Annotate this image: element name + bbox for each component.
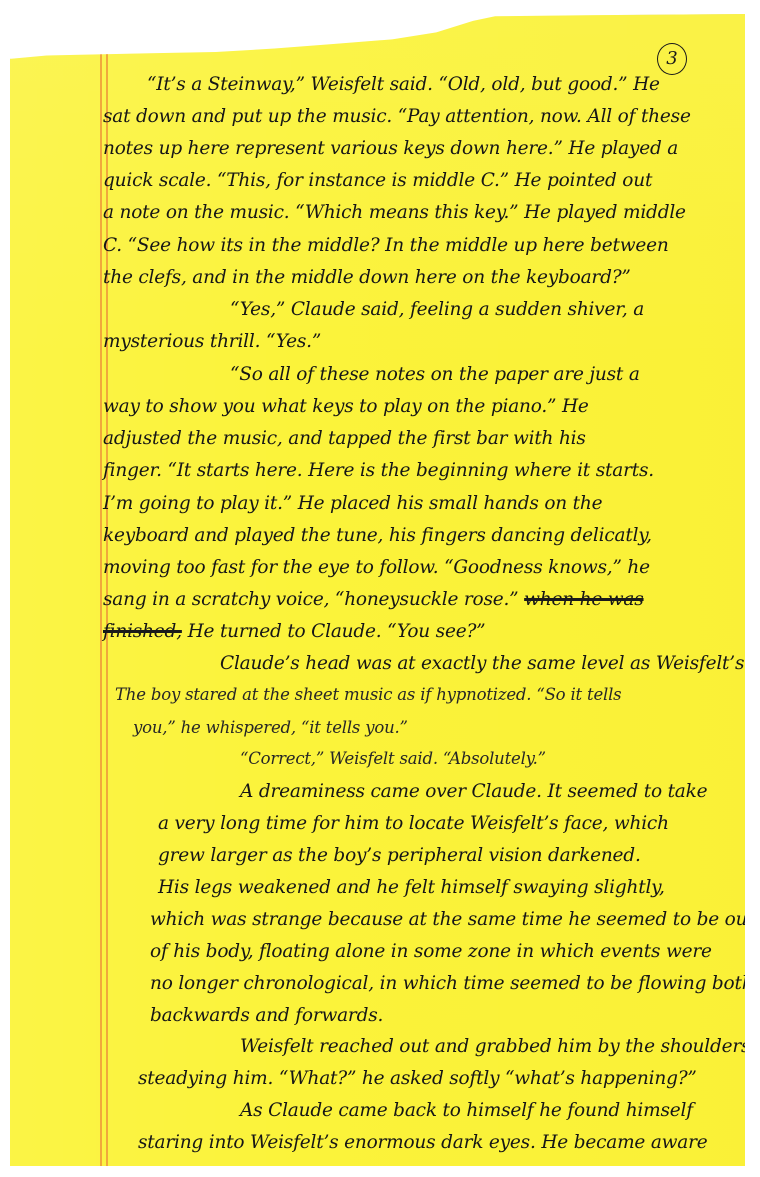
manuscript-line: C. “See how its in the middle? In the mi… <box>103 235 669 256</box>
line-text: “Yes,” Claude said, feeling a sudden shi… <box>230 299 644 320</box>
line-text: finger. “It starts here. Here is the beg… <box>103 460 654 481</box>
line-text: As Claude came back to himself he found … <box>240 1100 693 1121</box>
manuscript-line: “Yes,” Claude said, feeling a sudden shi… <box>230 299 644 320</box>
manuscript-line: staring into Weisfelt’s enormous dark ey… <box>138 1132 708 1153</box>
manuscript-line: mysterious thrill. “Yes.” <box>103 331 321 352</box>
line-text: of the expression of concern on the man’… <box>138 1164 567 1177</box>
line-text: staring into Weisfelt’s enormous dark ey… <box>138 1132 708 1153</box>
manuscript-line: quick scale. “This, for instance is midd… <box>103 170 652 191</box>
manuscript-line: His legs weakened and he felt himself sw… <box>158 877 665 898</box>
line-text: Claude’s head was at exactly the same le… <box>220 653 750 674</box>
manuscript-line: finger. “It starts here. Here is the beg… <box>103 460 654 481</box>
manuscript-line: Claude’s head was at exactly the same le… <box>220 653 750 674</box>
manuscript-line: moving too fast for the eye to follow. “… <box>103 557 650 578</box>
line-text: notes up here represent various keys dow… <box>103 138 678 159</box>
manuscript-line: you,” he whispered, “it tells you.” <box>133 718 408 737</box>
manuscript-line: of the expression of concern on the man’… <box>138 1164 567 1177</box>
struck-out-text: finished, <box>103 621 182 642</box>
line-text: “Correct,” Weisfelt said. “Absolutely.” <box>240 749 546 768</box>
manuscript-line: way to show you what keys to play on the… <box>103 396 589 417</box>
line-text: which was strange because at the same ti… <box>150 909 755 930</box>
manuscript-line: finished, He turned to Claude. “You see?… <box>103 621 485 642</box>
manuscript-line: adjusted the music, and tapped the first… <box>103 428 586 449</box>
manuscript-line: of his body, floating alone in some zone… <box>150 941 712 962</box>
line-text: “It’s a Steinway,” Weisfelt said. “Old, … <box>147 74 660 95</box>
line-text: the clefs, and in the middle down here o… <box>103 267 631 288</box>
line-text: sat down and put up the music. “Pay atte… <box>103 106 691 127</box>
manuscript-line: “Correct,” Weisfelt said. “Absolutely.” <box>240 749 546 768</box>
line-text: A dreaminess came over Claude. It seemed… <box>240 781 707 802</box>
line-text: He turned to Claude. “You see?” <box>188 621 486 642</box>
line-text: grew larger as the boy’s peripheral visi… <box>158 845 641 866</box>
line-text: “So all of these notes on the paper are … <box>230 364 640 385</box>
line-text: His legs weakened and he felt himself sw… <box>158 877 665 898</box>
manuscript-line: As Claude came back to himself he found … <box>240 1100 693 1121</box>
manuscript-line: “So all of these notes on the paper are … <box>230 364 640 385</box>
manuscript-line: Weisfelt reached out and grabbed him by … <box>240 1036 756 1057</box>
manuscript-line: “It’s a Steinway,” Weisfelt said. “Old, … <box>147 74 660 95</box>
line-text: backwards and forwards. <box>150 1005 383 1026</box>
line-text: way to show you what keys to play on the… <box>103 396 589 417</box>
line-text: moving too fast for the eye to follow. “… <box>103 557 650 578</box>
manuscript-line: a very long time for him to locate Weisf… <box>158 813 669 834</box>
manuscript-line: The boy stared at the sheet music as if … <box>115 685 621 704</box>
line-text: a note on the music. “Which means this k… <box>103 202 686 223</box>
line-text: of his body, floating alone in some zone… <box>150 941 712 962</box>
line-text: Weisfelt reached out and grabbed him by … <box>240 1036 756 1057</box>
line-text: a very long time for him to locate Weisf… <box>158 813 669 834</box>
manuscript-line: I’m going to play it.” He placed his sma… <box>103 493 602 514</box>
manuscript-line: the clefs, and in the middle down here o… <box>103 267 631 288</box>
line-text: C. “See how its in the middle? In the mi… <box>103 235 669 256</box>
manuscript-line: A dreaminess came over Claude. It seemed… <box>240 781 707 802</box>
manuscript-line: notes up here represent various keys dow… <box>103 138 678 159</box>
line-text: you,” he whispered, “it tells you.” <box>133 718 408 737</box>
manuscript-line: grew larger as the boy’s peripheral visi… <box>158 845 641 866</box>
line-text: quick scale. “This, for instance is midd… <box>103 170 652 191</box>
line-text: I’m going to play it.” He placed his sma… <box>103 493 602 514</box>
page-number-circled: 3 <box>657 43 687 75</box>
line-text: keyboard and played the tune, his finger… <box>103 525 652 546</box>
manuscript-line: a note on the music. “Which means this k… <box>103 202 686 223</box>
line-text: The boy stared at the sheet music as if … <box>115 685 621 704</box>
manuscript-line: which was strange because at the same ti… <box>150 909 755 930</box>
manuscript-line: sat down and put up the music. “Pay atte… <box>103 106 691 127</box>
margin-line-outer <box>100 14 102 1166</box>
manuscript-line: no longer chronological, in which time s… <box>150 973 753 994</box>
line-text: no longer chronological, in which time s… <box>150 973 753 994</box>
legal-pad-page: 3 “It’s a Steinway,” Weisfelt said. “Old… <box>10 14 745 1166</box>
manuscript-line: keyboard and played the tune, his finger… <box>103 525 652 546</box>
line-text: steadying him. “What?” he asked softly “… <box>138 1068 697 1089</box>
manuscript-line: steadying him. “What?” he asked softly “… <box>138 1068 697 1089</box>
manuscript-line: sang in a scratchy voice, “honeysuckle r… <box>103 589 644 610</box>
struck-out-text: when he was <box>524 589 643 610</box>
manuscript-line: backwards and forwards. <box>150 1005 383 1026</box>
line-text: mysterious thrill. “Yes.” <box>103 331 321 352</box>
line-text: adjusted the music, and tapped the first… <box>103 428 586 449</box>
line-text: sang in a scratchy voice, “honeysuckle r… <box>103 589 518 610</box>
